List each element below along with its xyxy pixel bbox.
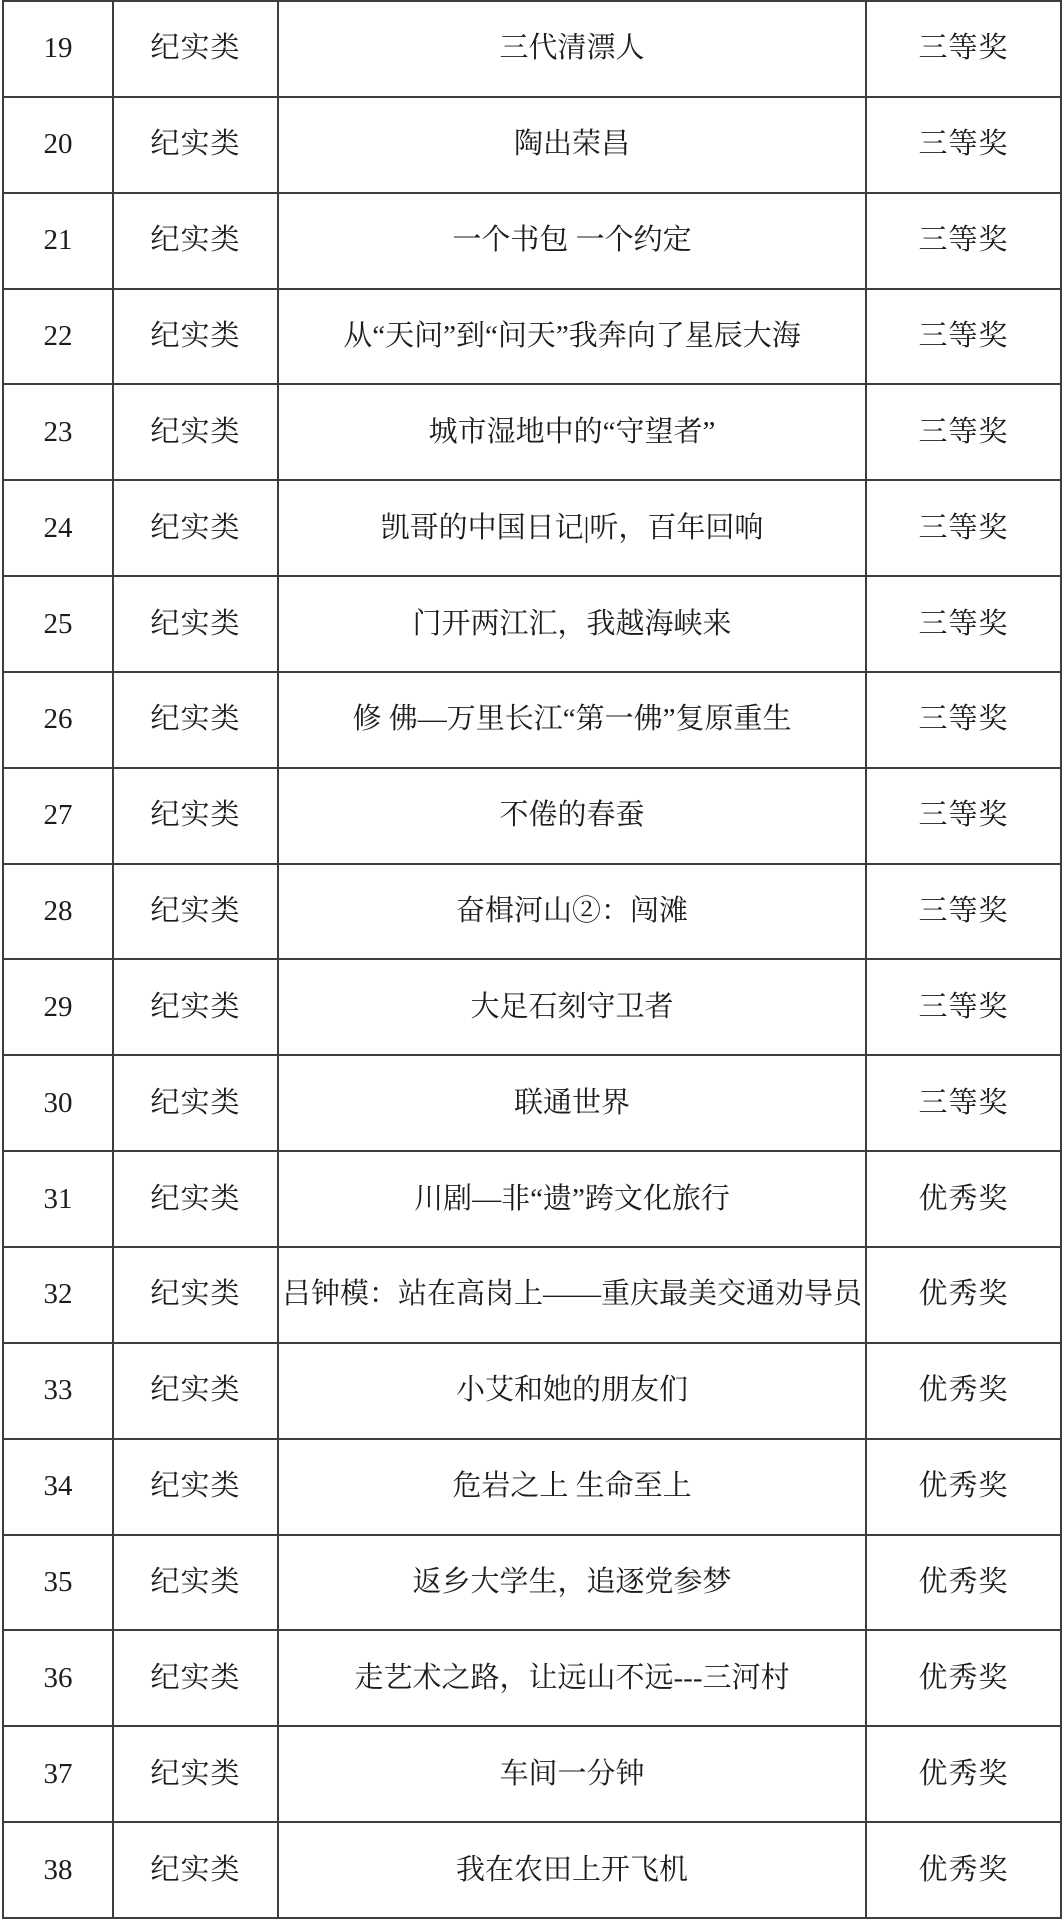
table-row: 36 纪实类 走艺术之路，让远山不远---三河村 优秀奖 bbox=[3, 1630, 1061, 1726]
category-cell: 纪实类 bbox=[113, 289, 278, 385]
table-row: 31 纪实类 川剧—非“遗”跨文化旅行 优秀奖 bbox=[3, 1151, 1061, 1247]
award-cell: 优秀奖 bbox=[866, 1630, 1061, 1726]
row-number-cell: 27 bbox=[3, 768, 113, 864]
title-cell: 我在农田上开飞机 bbox=[278, 1822, 866, 1918]
award-cell: 三等奖 bbox=[866, 1, 1061, 97]
row-number-cell: 29 bbox=[3, 959, 113, 1055]
row-number-cell: 30 bbox=[3, 1055, 113, 1151]
page: 19 纪实类 三代清漂人 三等奖 20 纪实类 陶出荣昌 三等奖 21 纪实类 … bbox=[0, 0, 1064, 1919]
table-row: 37 纪实类 车间一分钟 优秀奖 bbox=[3, 1726, 1061, 1822]
award-cell: 三等奖 bbox=[866, 289, 1061, 385]
table-row: 34 纪实类 危岩之上 生命至上 优秀奖 bbox=[3, 1439, 1061, 1535]
table-row: 20 纪实类 陶出荣昌 三等奖 bbox=[3, 97, 1061, 193]
table-row: 29 纪实类 大足石刻守卫者 三等奖 bbox=[3, 959, 1061, 1055]
row-number-cell: 38 bbox=[3, 1822, 113, 1918]
award-cell: 优秀奖 bbox=[866, 1247, 1061, 1343]
table-row: 25 纪实类 门开两江汇，我越海峡来 三等奖 bbox=[3, 576, 1061, 672]
awards-table: 19 纪实类 三代清漂人 三等奖 20 纪实类 陶出荣昌 三等奖 21 纪实类 … bbox=[2, 0, 1062, 1919]
title-cell: 走艺术之路，让远山不远---三河村 bbox=[278, 1630, 866, 1726]
row-number-cell: 24 bbox=[3, 480, 113, 576]
category-cell: 纪实类 bbox=[113, 768, 278, 864]
award-cell: 优秀奖 bbox=[866, 1439, 1061, 1535]
row-number-cell: 31 bbox=[3, 1151, 113, 1247]
award-cell: 优秀奖 bbox=[866, 1726, 1061, 1822]
title-cell: 凯哥的中国日记|听，百年回响 bbox=[278, 480, 866, 576]
category-cell: 纪实类 bbox=[113, 1726, 278, 1822]
title-cell: 川剧—非“遗”跨文化旅行 bbox=[278, 1151, 866, 1247]
award-cell: 三等奖 bbox=[866, 864, 1061, 960]
category-cell: 纪实类 bbox=[113, 672, 278, 768]
category-cell: 纪实类 bbox=[113, 97, 278, 193]
table-body: 19 纪实类 三代清漂人 三等奖 20 纪实类 陶出荣昌 三等奖 21 纪实类 … bbox=[3, 1, 1061, 1918]
category-cell: 纪实类 bbox=[113, 1055, 278, 1151]
category-cell: 纪实类 bbox=[113, 480, 278, 576]
title-cell: 不倦的春蚕 bbox=[278, 768, 866, 864]
title-cell: 联通世界 bbox=[278, 1055, 866, 1151]
title-cell: 一个书包 一个约定 bbox=[278, 193, 866, 289]
table-row: 24 纪实类 凯哥的中国日记|听，百年回响 三等奖 bbox=[3, 480, 1061, 576]
award-cell: 三等奖 bbox=[866, 1055, 1061, 1151]
title-cell: 返乡大学生，追逐党参梦 bbox=[278, 1535, 866, 1631]
category-cell: 纪实类 bbox=[113, 1343, 278, 1439]
table-row: 35 纪实类 返乡大学生，追逐党参梦 优秀奖 bbox=[3, 1535, 1061, 1631]
category-cell: 纪实类 bbox=[113, 959, 278, 1055]
category-cell: 纪实类 bbox=[113, 1630, 278, 1726]
title-cell: 危岩之上 生命至上 bbox=[278, 1439, 866, 1535]
award-cell: 三等奖 bbox=[866, 959, 1061, 1055]
category-cell: 纪实类 bbox=[113, 384, 278, 480]
title-cell: 奋楫河山②：闯滩 bbox=[278, 864, 866, 960]
table-row: 23 纪实类 城市湿地中的“守望者” 三等奖 bbox=[3, 384, 1061, 480]
row-number-cell: 25 bbox=[3, 576, 113, 672]
award-cell: 三等奖 bbox=[866, 672, 1061, 768]
table-row: 30 纪实类 联通世界 三等奖 bbox=[3, 1055, 1061, 1151]
table-row: 21 纪实类 一个书包 一个约定 三等奖 bbox=[3, 193, 1061, 289]
row-number-cell: 37 bbox=[3, 1726, 113, 1822]
row-number-cell: 20 bbox=[3, 97, 113, 193]
category-cell: 纪实类 bbox=[113, 193, 278, 289]
category-cell: 纪实类 bbox=[113, 864, 278, 960]
row-number-cell: 26 bbox=[3, 672, 113, 768]
title-cell: 吕钟模：站在高岗上——重庆最美交通劝导员 bbox=[278, 1247, 866, 1343]
title-cell: 门开两江汇，我越海峡来 bbox=[278, 576, 866, 672]
row-number-cell: 36 bbox=[3, 1630, 113, 1726]
award-cell: 优秀奖 bbox=[866, 1535, 1061, 1631]
table-row: 33 纪实类 小艾和她的朋友们 优秀奖 bbox=[3, 1343, 1061, 1439]
title-cell: 修 佛—万里长江“第一佛”复原重生 bbox=[278, 672, 866, 768]
row-number-cell: 23 bbox=[3, 384, 113, 480]
table-row: 22 纪实类 从“天问”到“问天”我奔向了星辰大海 三等奖 bbox=[3, 289, 1061, 385]
award-cell: 优秀奖 bbox=[866, 1822, 1061, 1918]
award-cell: 三等奖 bbox=[866, 193, 1061, 289]
award-cell: 三等奖 bbox=[866, 97, 1061, 193]
title-cell: 三代清漂人 bbox=[278, 1, 866, 97]
title-cell: 大足石刻守卫者 bbox=[278, 959, 866, 1055]
award-cell: 三等奖 bbox=[866, 384, 1061, 480]
award-cell: 三等奖 bbox=[866, 480, 1061, 576]
table-row: 27 纪实类 不倦的春蚕 三等奖 bbox=[3, 768, 1061, 864]
row-number-cell: 33 bbox=[3, 1343, 113, 1439]
award-cell: 优秀奖 bbox=[866, 1343, 1061, 1439]
table-row: 28 纪实类 奋楫河山②：闯滩 三等奖 bbox=[3, 864, 1061, 960]
award-cell: 三等奖 bbox=[866, 768, 1061, 864]
category-cell: 纪实类 bbox=[113, 1535, 278, 1631]
row-number-cell: 22 bbox=[3, 289, 113, 385]
row-number-cell: 28 bbox=[3, 864, 113, 960]
row-number-cell: 32 bbox=[3, 1247, 113, 1343]
table-row: 19 纪实类 三代清漂人 三等奖 bbox=[3, 1, 1061, 97]
category-cell: 纪实类 bbox=[113, 1151, 278, 1247]
title-cell: 陶出荣昌 bbox=[278, 97, 866, 193]
category-cell: 纪实类 bbox=[113, 1822, 278, 1918]
award-cell: 优秀奖 bbox=[866, 1151, 1061, 1247]
category-cell: 纪实类 bbox=[113, 1247, 278, 1343]
row-number-cell: 19 bbox=[3, 1, 113, 97]
category-cell: 纪实类 bbox=[113, 1439, 278, 1535]
table-row: 32 纪实类 吕钟模：站在高岗上——重庆最美交通劝导员 优秀奖 bbox=[3, 1247, 1061, 1343]
row-number-cell: 35 bbox=[3, 1535, 113, 1631]
category-cell: 纪实类 bbox=[113, 576, 278, 672]
title-cell: 车间一分钟 bbox=[278, 1726, 866, 1822]
title-cell: 从“天问”到“问天”我奔向了星辰大海 bbox=[278, 289, 866, 385]
title-cell: 小艾和她的朋友们 bbox=[278, 1343, 866, 1439]
award-cell: 三等奖 bbox=[866, 576, 1061, 672]
row-number-cell: 34 bbox=[3, 1439, 113, 1535]
table-row: 26 纪实类 修 佛—万里长江“第一佛”复原重生 三等奖 bbox=[3, 672, 1061, 768]
category-cell: 纪实类 bbox=[113, 1, 278, 97]
title-cell: 城市湿地中的“守望者” bbox=[278, 384, 866, 480]
table-row: 38 纪实类 我在农田上开飞机 优秀奖 bbox=[3, 1822, 1061, 1918]
row-number-cell: 21 bbox=[3, 193, 113, 289]
